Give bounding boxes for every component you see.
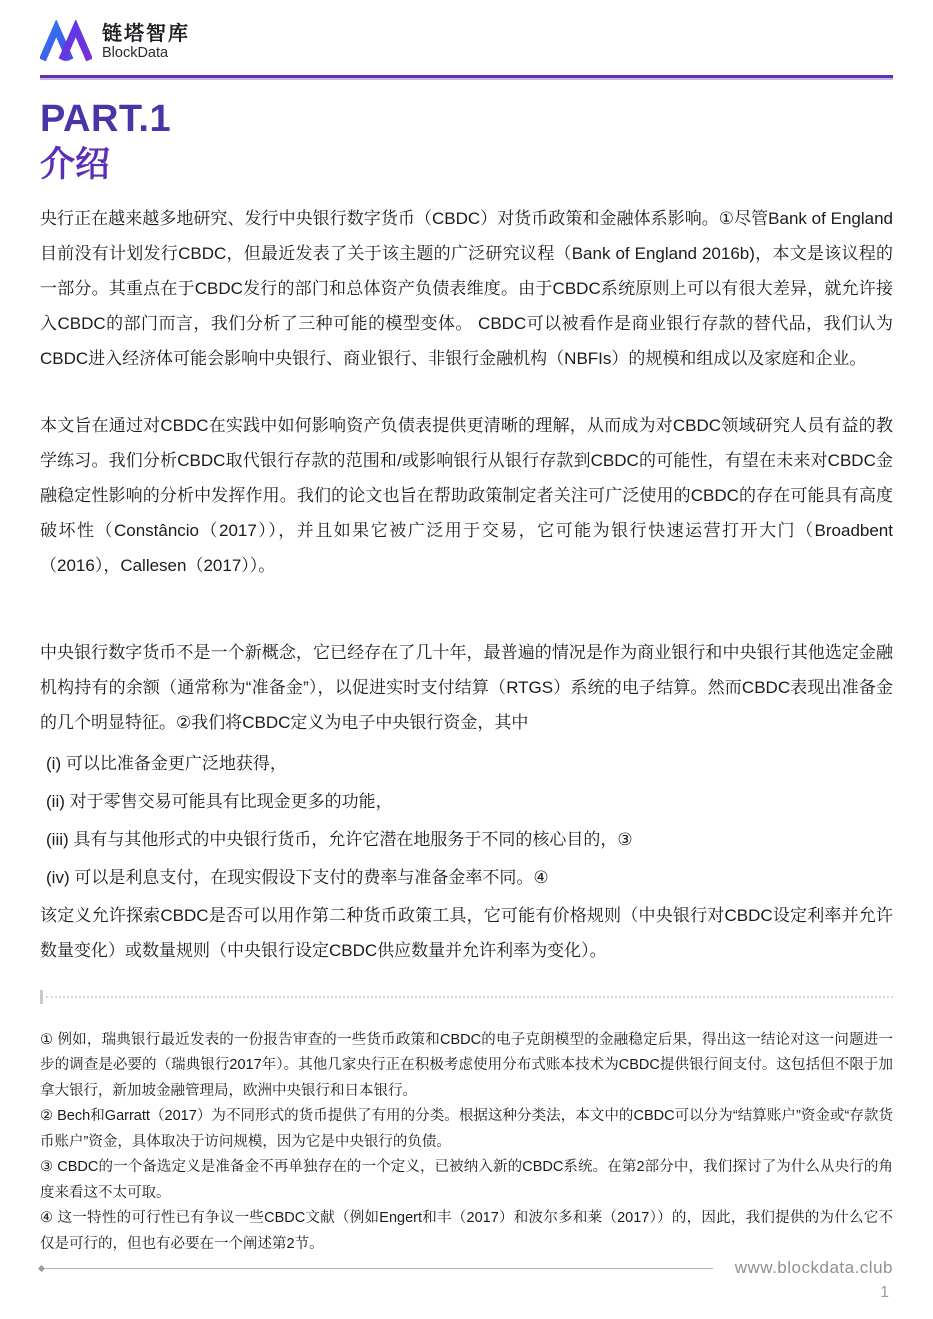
title-block: PART.1 介绍 xyxy=(40,100,893,185)
document-page: 链塔智库 BlockData PART.1 介绍 央行正在越来越多地研究、发行中… xyxy=(0,0,933,1257)
paragraph-2: 本文旨在通过对CBDC在实践中如何影响资产负债表提供更清晰的理解，从而成为对CB… xyxy=(40,408,893,583)
footer-divider-line xyxy=(40,1268,713,1269)
footnote-separator-tick xyxy=(40,990,43,1004)
page-footer: www.blockdata.club 1 xyxy=(40,1258,893,1302)
header-divider xyxy=(40,75,893,80)
footnote-separator xyxy=(40,990,893,1004)
section-title: 介绍 xyxy=(40,146,893,185)
footnotes: ① 例如，瑞典银行最近发表的一份报告审查的一些货币政策和CBDC的电子克朗模型的… xyxy=(40,1028,893,1258)
footer-website-url: www.blockdata.club xyxy=(735,1258,893,1278)
brand-text: 链塔智库 BlockData xyxy=(102,23,190,62)
footnote-4: ④ 这一特性的可行性已有争议一些CBDC文献（例如Engert和丰（2017）和… xyxy=(40,1206,893,1257)
part-number-heading: PART.1 xyxy=(40,100,893,138)
paragraph-1: 央行正在越来越多地研究、发行中央银行数字货币（CBDC）对货币政策和金融体系影响… xyxy=(40,201,893,376)
paragraph-4: 该定义允许探索CBDC是否可以用作第二种货币政策工具，它可能有价格规则（中央银行… xyxy=(40,898,893,968)
page-number: 1 xyxy=(40,1284,893,1302)
cbdc-definition-list: (i) 可以比准备金更广泛地获得， (ii) 对于零售交易可能具有比现金更多的功… xyxy=(40,746,893,895)
footnote-2: ② Bech和Garratt（2017）为不同形式的货币提供了有用的分类。根据这… xyxy=(40,1104,893,1155)
blockdata-logo-icon xyxy=(40,20,92,64)
header: 链塔智库 BlockData xyxy=(40,14,893,70)
list-item-iii: (iii) 具有与其他形式的中央银行货币，允许它潜在地服务于不同的核心目的，③ xyxy=(46,822,893,857)
list-item-i: (i) 可以比准备金更广泛地获得， xyxy=(46,746,893,781)
footnote-1: ① 例如，瑞典银行最近发表的一份报告审查的一些货币政策和CBDC的电子克朗模型的… xyxy=(40,1028,893,1105)
brand-name-cn: 链塔智库 xyxy=(102,23,190,46)
paragraph-3: 中央银行数字货币不是一个新概念，它已经存在了几十年，最普遍的情况是作为商业银行和… xyxy=(40,635,893,740)
brand-name-en: BlockData xyxy=(102,46,190,62)
footnote-separator-dots xyxy=(46,996,893,998)
list-item-iv: (iv) 可以是利息支付，在现实假设下支付的费率与准备金率不同。④ xyxy=(46,860,893,895)
list-item-ii: (ii) 对于零售交易可能具有比现金更多的功能， xyxy=(46,784,893,819)
article-body: 央行正在越来越多地研究、发行中央银行数字货币（CBDC）对货币政策和金融体系影响… xyxy=(40,201,893,968)
footnote-3: ③ CBDC的一个备选定义是准备金不再单独存在的一个定义，已被纳入新的CBDC系… xyxy=(40,1155,893,1206)
